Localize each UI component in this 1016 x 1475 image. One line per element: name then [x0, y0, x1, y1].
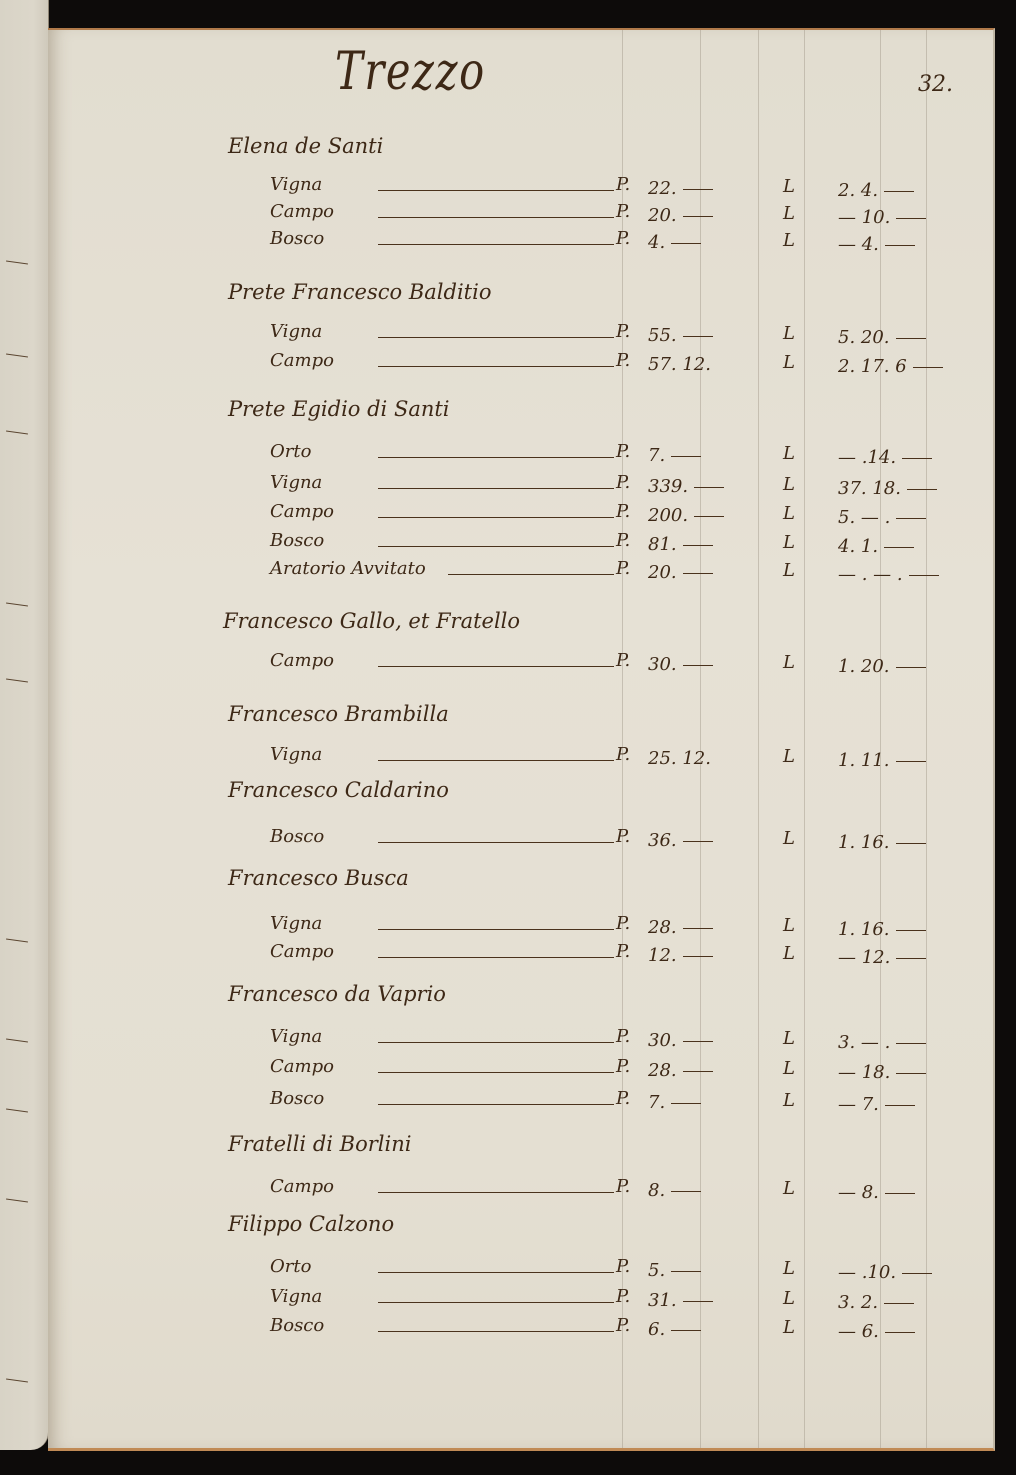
lire-value: — .14. [838, 447, 932, 468]
pertiche-value: 12. [648, 945, 713, 966]
lire-value: 1. 16. [838, 832, 926, 853]
pertiche-text: 81. [648, 534, 677, 555]
parcel-type: Vigna [270, 321, 322, 342]
parcel-type: Campo [270, 650, 334, 671]
lire-unit: L [783, 560, 795, 581]
dash [683, 1301, 713, 1302]
lire-text: — . — . [838, 564, 903, 585]
pertiche-value: 8. [648, 1180, 701, 1201]
pertiche-value: 4. [648, 232, 701, 253]
dash [885, 1105, 915, 1106]
pertiche-value: 7. [648, 445, 701, 466]
pertiche-unit: P. [616, 650, 630, 671]
leader-line [378, 1331, 614, 1332]
lire-text: 1. 16. [838, 832, 890, 853]
parcel-type: Bosco [270, 530, 324, 551]
lire-text: — .14. [838, 447, 896, 468]
pertiche-unit: P. [616, 744, 630, 765]
parcel-type: Vigna [270, 744, 322, 765]
pertiche-text: 5. [648, 1260, 665, 1281]
pertiche-text: 28. [648, 1060, 677, 1081]
parcel-type: Bosco [270, 1088, 324, 1109]
leader-line [378, 217, 614, 218]
lire-text: — 7. [838, 1094, 879, 1115]
leader-line [378, 546, 614, 547]
pertiche-text: 36. [648, 830, 677, 851]
owner-name: Prete Francesco Balditio [228, 280, 491, 304]
pertiche-text: 339. [648, 476, 688, 497]
lire-value: 2. 17. 6 [838, 356, 943, 377]
leader-line [378, 1104, 614, 1105]
lire-value: 1. 20. [838, 656, 926, 677]
leader-line [378, 760, 614, 761]
dash [683, 841, 713, 842]
lire-unit: L [783, 746, 795, 767]
lire-value: — 18. [838, 1062, 926, 1083]
dash [902, 1273, 932, 1274]
lire-text: 2. 4. [838, 180, 878, 201]
parcel-type: Aratorio Avvitato [270, 558, 426, 579]
lire-unit: L [783, 1058, 795, 1079]
parcel-type: Campo [270, 1176, 334, 1197]
pertiche-value: 81. [648, 534, 713, 555]
leader-line [378, 1272, 614, 1273]
pertiche-text: 30. [648, 654, 677, 675]
owner-name: Francesco da Vaprio [228, 982, 446, 1006]
owner-name: Francesco Gallo, et Fratello [223, 609, 520, 633]
parcel-type: Vigna [270, 1026, 322, 1047]
dash [896, 338, 926, 339]
pertiche-value: 28. [648, 1060, 713, 1081]
lire-unit: L [783, 532, 795, 553]
leader-line [378, 929, 614, 930]
ruling-line [804, 30, 805, 1448]
lire-text: — 8. [838, 1182, 879, 1203]
leader-line [378, 337, 614, 338]
pertiche-unit: P. [616, 1286, 630, 1307]
leader-line [378, 1302, 614, 1303]
parcel-type: Orto [270, 441, 311, 462]
pertiche-unit: P. [616, 174, 630, 195]
dash [885, 1193, 915, 1194]
lire-unit: L [783, 1028, 795, 1049]
lire-unit: L [783, 443, 795, 464]
parcel-type: Vigna [270, 174, 322, 195]
lire-value: 5. — . [838, 507, 926, 528]
lire-text: 37. 18. [838, 478, 901, 499]
lire-unit: L [783, 943, 795, 964]
lire-text: 3. — . [838, 1032, 890, 1053]
pertiche-unit: P. [616, 1256, 630, 1277]
ink-mark [6, 938, 28, 942]
leader-line [378, 517, 614, 518]
parcel-type: Campo [270, 201, 334, 222]
pertiche-unit: P. [616, 1176, 630, 1197]
pertiche-value: 57. 12. [648, 354, 711, 375]
pertiche-text: 28. [648, 917, 677, 938]
lire-unit: L [783, 1090, 795, 1111]
lire-value: 1. 11. [838, 750, 926, 771]
lire-value: 5. 20. [838, 327, 926, 348]
pertiche-text: 12. [648, 945, 677, 966]
dash [671, 1191, 701, 1192]
dash [896, 1043, 926, 1044]
lire-unit: L [783, 352, 795, 373]
dash [683, 336, 713, 337]
ruling-line [758, 30, 759, 1448]
owner-name: Elena de Santi [228, 134, 383, 158]
dash [896, 761, 926, 762]
dash [683, 216, 713, 217]
pertiche-unit: P. [616, 826, 630, 847]
dash [683, 573, 713, 574]
pertiche-value: 22. [648, 178, 713, 199]
page-title: Trezzo [335, 42, 486, 102]
lire-unit: L [783, 828, 795, 849]
pertiche-unit: P. [616, 941, 630, 962]
dash [694, 487, 724, 488]
pertiche-value: 5. [648, 1260, 701, 1281]
dash [896, 930, 926, 931]
manuscript-page: Trezzo 32. Elena de SantiVignaP.22.L2. 4… [48, 28, 995, 1451]
pertiche-unit: P. [616, 1056, 630, 1077]
parcel-type: Vigna [270, 913, 322, 934]
lire-value: — 7. [838, 1094, 915, 1115]
lire-unit: L [783, 203, 795, 224]
pertiche-value: 30. [648, 654, 713, 675]
parcel-type: Campo [270, 350, 334, 371]
ink-mark [6, 678, 28, 682]
pertiche-unit: P. [616, 913, 630, 934]
ink-mark [6, 1108, 28, 1112]
pertiche-value: 25. 12. [648, 748, 711, 769]
lire-text: — 18. [838, 1062, 890, 1083]
dash [896, 958, 926, 959]
leader-line [378, 457, 614, 458]
lire-value: — 10. [838, 207, 926, 228]
lire-value: 4. 1. [838, 536, 914, 557]
dash [671, 243, 701, 244]
leader-line [448, 574, 614, 575]
pertiche-value: 20. [648, 562, 713, 583]
pertiche-text: 200. [648, 505, 688, 526]
lire-value: 3. — . [838, 1032, 926, 1053]
dash [913, 367, 943, 368]
pertiche-text: 8. [648, 1180, 665, 1201]
dash [896, 843, 926, 844]
leader-line [378, 244, 614, 245]
lire-text: 1. 11. [838, 750, 890, 771]
dash [683, 1071, 713, 1072]
pertiche-value: 30. [648, 1030, 713, 1051]
lire-unit: L [783, 1288, 795, 1309]
dash [671, 456, 701, 457]
ink-mark [6, 1038, 28, 1042]
pertiche-text: 20. [648, 205, 677, 226]
lire-unit: L [783, 474, 795, 495]
owner-name: Prete Egidio di Santi [228, 397, 450, 421]
dash [884, 191, 914, 192]
parcel-type: Bosco [270, 1315, 324, 1336]
ink-mark [6, 260, 28, 264]
dash [671, 1330, 701, 1331]
lire-text: — 4. [838, 234, 879, 255]
dash [884, 547, 914, 548]
leader-line [378, 488, 614, 489]
lire-text: 5. 20. [838, 327, 890, 348]
dash [884, 1303, 914, 1304]
dash [896, 518, 926, 519]
pertiche-value: 20. [648, 205, 713, 226]
owner-name: Francesco Busca [228, 866, 409, 890]
pertiche-text: 20. [648, 562, 677, 583]
lire-unit: L [783, 1317, 795, 1338]
dash [671, 1271, 701, 1272]
dash [902, 458, 932, 459]
pertiche-text: 22. [648, 178, 677, 199]
folio-number: 32. [918, 72, 953, 97]
lire-value: — . — . [838, 564, 939, 585]
lire-value: — 4. [838, 234, 915, 255]
pertiche-unit: P. [616, 501, 630, 522]
leader-line [378, 957, 614, 958]
pertiche-unit: P. [616, 201, 630, 222]
pertiche-unit: P. [616, 1088, 630, 1109]
lire-unit: L [783, 503, 795, 524]
pertiche-unit: P. [616, 1315, 630, 1336]
leader-line [378, 1042, 614, 1043]
ink-mark [6, 1198, 28, 1202]
facing-page-edge [0, 0, 49, 1450]
lire-value: 1. 16. [838, 919, 926, 940]
pertiche-value: 6. [648, 1319, 701, 1340]
ink-mark [6, 1378, 28, 1382]
lire-text: 3. 2. [838, 1292, 878, 1313]
owner-name: Francesco Caldarino [228, 778, 449, 802]
pertiche-text: 7. [648, 445, 665, 466]
dash [683, 1041, 713, 1042]
lire-unit: L [783, 1178, 795, 1199]
leader-line [378, 1192, 614, 1193]
lire-unit: L [783, 915, 795, 936]
pertiche-text: 7. [648, 1092, 665, 1113]
pertiche-unit: P. [616, 350, 630, 371]
leader-line [378, 1072, 614, 1073]
pertiche-value: 31. [648, 1290, 713, 1311]
lire-text: — 6. [838, 1321, 879, 1342]
pertiche-text: 25. 12. [648, 748, 711, 769]
lire-value: — .10. [838, 1262, 932, 1283]
lire-unit: L [783, 323, 795, 344]
parcel-type: Campo [270, 501, 334, 522]
dash [909, 575, 939, 576]
dash [896, 667, 926, 668]
lire-text: — 12. [838, 947, 890, 968]
pertiche-unit: P. [616, 321, 630, 342]
pertiche-text: 4. [648, 232, 665, 253]
lire-text: 2. 17. 6 [838, 356, 907, 377]
dash [907, 489, 937, 490]
dash [694, 516, 724, 517]
lire-value: — 8. [838, 1182, 915, 1203]
pertiche-unit: P. [616, 472, 630, 493]
pertiche-unit: P. [616, 1026, 630, 1047]
leader-line [378, 666, 614, 667]
pertiche-text: 57. 12. [648, 354, 711, 375]
ink-mark [6, 353, 28, 357]
parcel-type: Vigna [270, 472, 322, 493]
ink-mark [6, 602, 28, 606]
owner-name: Francesco Brambilla [228, 702, 449, 726]
owner-name: Filippo Calzono [228, 1212, 394, 1236]
pertiche-unit: P. [616, 558, 630, 579]
pertiche-value: 7. [648, 1092, 701, 1113]
lire-text: 1. 20. [838, 656, 890, 677]
leader-line [378, 366, 614, 367]
parcel-type: Campo [270, 1056, 334, 1077]
lire-value: — 12. [838, 947, 926, 968]
lire-unit: L [783, 1258, 795, 1279]
lire-unit: L [783, 176, 795, 197]
pertiche-text: 31. [648, 1290, 677, 1311]
dash [683, 928, 713, 929]
lire-text: 1. 16. [838, 919, 890, 940]
lire-value: 2. 4. [838, 180, 914, 201]
parcel-type: Orto [270, 1256, 311, 1277]
pertiche-unit: P. [616, 530, 630, 551]
lire-value: 3. 2. [838, 1292, 914, 1313]
pertiche-value: 200. [648, 505, 724, 526]
dash [683, 545, 713, 546]
parcel-type: Campo [270, 941, 334, 962]
lire-value: 37. 18. [838, 478, 937, 499]
ink-mark [6, 430, 28, 434]
pertiche-text: 30. [648, 1030, 677, 1051]
ruling-line [926, 30, 927, 1448]
pertiche-value: 55. [648, 325, 713, 346]
parcel-type: Vigna [270, 1286, 322, 1307]
pertiche-unit: P. [616, 228, 630, 249]
leader-line [378, 842, 614, 843]
dash [885, 245, 915, 246]
pertiche-value: 28. [648, 917, 713, 938]
lire-text: 4. 1. [838, 536, 878, 557]
lire-text: 5. — . [838, 507, 890, 528]
lire-text: — .10. [838, 1262, 896, 1283]
leader-line [378, 190, 614, 191]
pertiche-value: 339. [648, 476, 724, 497]
dash [896, 218, 926, 219]
lire-unit: L [783, 652, 795, 673]
pertiche-text: 55. [648, 325, 677, 346]
dash [885, 1332, 915, 1333]
parcel-type: Bosco [270, 228, 324, 249]
lire-text: — 10. [838, 207, 890, 228]
dash [683, 665, 713, 666]
pertiche-unit: P. [616, 441, 630, 462]
dash [683, 956, 713, 957]
dash [896, 1073, 926, 1074]
pertiche-text: 6. [648, 1319, 665, 1340]
owner-name: Fratelli di Borlini [228, 1132, 411, 1156]
parcel-type: Bosco [270, 826, 324, 847]
dash [671, 1103, 701, 1104]
dash [683, 189, 713, 190]
lire-unit: L [783, 230, 795, 251]
pertiche-value: 36. [648, 830, 713, 851]
lire-value: — 6. [838, 1321, 915, 1342]
